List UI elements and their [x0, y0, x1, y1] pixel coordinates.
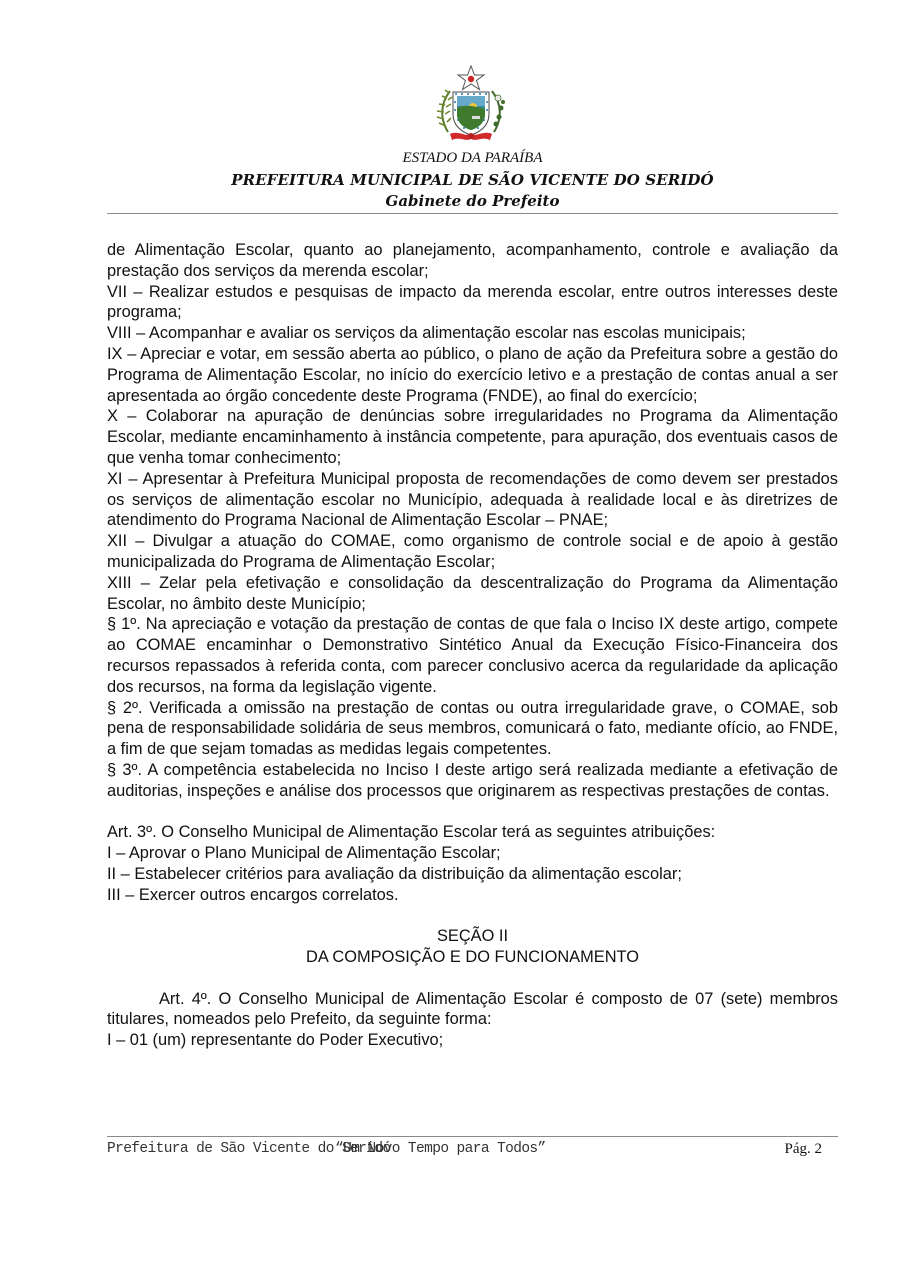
clause-xiii: XIII – Zelar pela efetivação e consolida…	[107, 573, 838, 615]
spacer	[107, 802, 838, 823]
clause-ix: IX – Apreciar e votar, em sessão aberta …	[107, 344, 838, 406]
clause-xi: XI – Apresentar à Prefeitura Municipal p…	[107, 469, 838, 531]
page-footer: Prefeitura de São Vicente do Seridó “Um …	[107, 1141, 838, 1163]
header-state: ESTADO DA PARAÍBA	[107, 150, 838, 167]
clause-vii: VII – Realizar estudos e pesquisas de im…	[107, 282, 838, 324]
document-page: ESTADO DA PARAÍBA PREFEITURA MUNICIPAL D…	[0, 0, 900, 1273]
paraiba-coat-of-arms-icon	[432, 64, 510, 146]
section-number: SEÇÃO II	[107, 926, 838, 947]
spacer	[107, 968, 838, 989]
paragraph-2: § 2º. Verificada a omissão na prestação …	[107, 698, 838, 760]
paragraph-1: § 1º. Na apreciação e votação da prestaç…	[107, 614, 838, 697]
header-office: Gabinete do Prefeito	[107, 192, 838, 210]
spacer	[107, 906, 838, 927]
art3-heading: Art. 3º. O Conselho Municipal de Aliment…	[107, 822, 838, 843]
header-divider	[107, 213, 838, 214]
clause-x: X – Colaborar na apuração de denúncias s…	[107, 406, 838, 468]
footer-motto: “Um Novo Tempo para Todos”	[335, 1141, 546, 1157]
art3-item-i: I – Aprovar o Plano Municipal de Aliment…	[107, 843, 838, 864]
footer-divider	[107, 1136, 838, 1137]
header-municipality: PREFEITURA MUNICIPAL DE SÃO VICENTE DO S…	[107, 171, 838, 189]
art4-item-i: I – 01 (um) representante do Poder Execu…	[107, 1030, 838, 1051]
art3-item-ii: II – Estabelecer critérios para avaliaçã…	[107, 864, 838, 885]
paragraph-3: § 3º. A competência estabelecida no Inci…	[107, 760, 838, 802]
art4-text: Art. 4º. O Conselho Municipal de Aliment…	[107, 989, 838, 1031]
clause-viii: VIII – Acompanhar e avaliar os serviços …	[107, 323, 838, 344]
clause-xii: XII – Divulgar a atuação do COMAE, como …	[107, 531, 838, 573]
section-title: DA COMPOSIÇÃO E DO FUNCIONAMENTO	[107, 947, 838, 968]
document-body: de Alimentação Escolar, quanto ao planej…	[107, 240, 838, 1051]
art3-item-iii: III – Exercer outros encargos correlatos…	[107, 885, 838, 906]
page-number: Pág. 2	[785, 1141, 823, 1158]
paragraph-continuation: de Alimentação Escolar, quanto ao planej…	[107, 240, 838, 282]
